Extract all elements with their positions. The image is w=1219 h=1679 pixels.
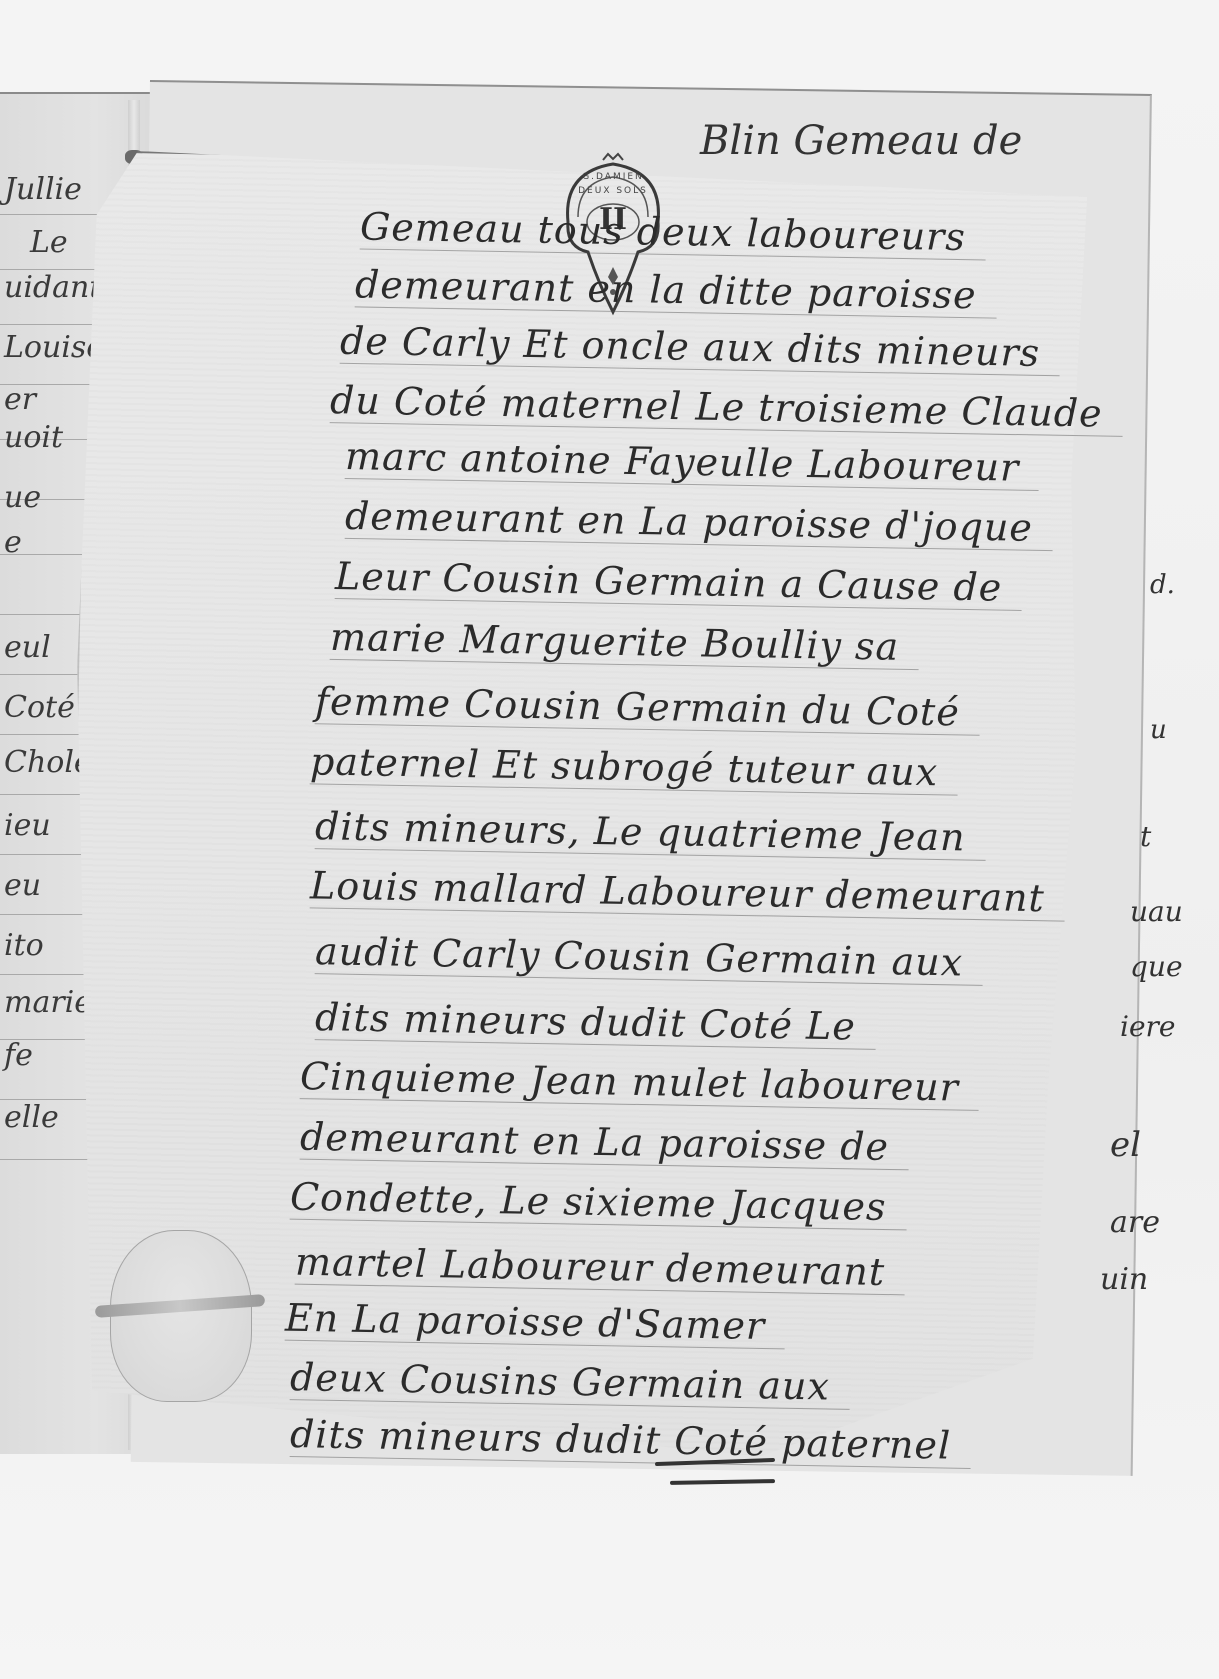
left-page-fragment: ue — [4, 480, 41, 515]
left-page-fragment: Jullie — [4, 172, 82, 207]
top-fragment-text: Blin Gemeau de — [700, 118, 1022, 164]
right-edge-fragment: iere — [1120, 1010, 1175, 1043]
stamp-arc-bottom: DEUX SOLS — [548, 186, 678, 196]
right-edge-fragment: t — [1140, 820, 1151, 853]
right-edge-fragment: que — [1130, 950, 1183, 983]
left-page-fragment: eul — [4, 630, 51, 665]
right-edge-fragment: el — [1110, 1125, 1141, 1165]
left-page-fragment: ieu — [4, 808, 51, 843]
right-edge-fragment: uin — [1100, 1262, 1148, 1297]
left-page-fragment: er — [4, 382, 36, 417]
left-page-fragment: Louise — [4, 330, 104, 365]
left-page-fragment: e — [4, 525, 22, 560]
left-page-fragment: fe — [4, 1038, 33, 1073]
wax-seal-remnant — [110, 1230, 252, 1402]
left-page-fragment: marie — [4, 985, 92, 1020]
right-edge-fragment: u — [1150, 715, 1167, 745]
left-page-fragment: elle — [4, 1100, 59, 1135]
right-edge-fragment: are — [1110, 1205, 1160, 1240]
left-page-fragment: Coté — [4, 690, 75, 725]
right-edge-fragment: d. — [1150, 570, 1175, 600]
stamp-arc-top: G.DAMIEN — [548, 172, 678, 182]
ruled-line — [0, 1159, 90, 1160]
left-page-fragment: Le — [30, 225, 68, 260]
right-edge-fragment: uau — [1130, 895, 1183, 928]
left-page-fragment: uidant — [4, 270, 101, 305]
manuscript-line: En La paroisse d'Samer — [285, 1296, 786, 1350]
left-page-fragment: ito — [4, 928, 44, 963]
left-page-fragment: eu — [4, 868, 41, 903]
left-page-fragment: uoit — [4, 420, 63, 455]
